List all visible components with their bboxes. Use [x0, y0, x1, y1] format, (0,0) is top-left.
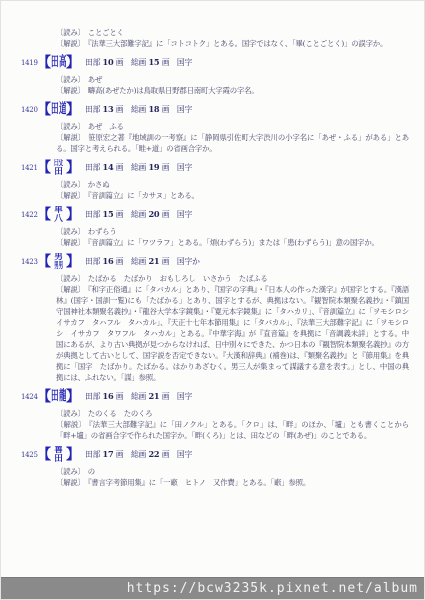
close-bracket: 】: [66, 159, 80, 177]
entry-header: 田部 10 画 総画 15 画 国字: [85, 57, 192, 68]
kaisetsu-label: 〔解説〕: [56, 238, 85, 247]
category-label: 国字: [177, 450, 192, 459]
dictionary-page: 〔読み〕ことごとく 〔解説〕『法華三大部難字記』に「コトコトク」とある。国字では…: [0, 0, 425, 600]
watermark-bar: https://bcw3235k.pixnet.net/album: [1, 577, 424, 599]
yomi-line: 〔読み〕あぜ: [56, 74, 409, 85]
yomi-text: かさぬ: [88, 180, 110, 189]
glyph-part: 田: [53, 54, 57, 71]
headword-glyph: 単八: [51, 206, 66, 223]
entry-header-row: 1420【田道】田部 13 画 総画 18 画 国字: [21, 100, 409, 119]
yomi-line: 〔読み〕たばかる たばかり おもしろし いさかう たばふる: [56, 273, 409, 284]
kaisetsu-text: 『法華三大部難字記』に「コトコトク」とある。国字ではなく、「畢(ことごとく)」の…: [88, 39, 387, 48]
category-label: 国字: [177, 105, 192, 114]
total-stroke-count: 19: [148, 162, 159, 172]
kaisetsu-text: 『音訓篇立』に「カサヌ」とある。: [88, 191, 199, 200]
entry-header-row: 1424【田龍】田部 16 画 総画 21 画 国字: [21, 387, 409, 406]
headword: 【田龍】: [37, 388, 80, 406]
entry-header-row: 1419【田高】田部 10 画 総画 15 画 国字: [21, 53, 409, 72]
yomi-text: あぜ ふる: [88, 122, 124, 131]
glyph-part: 八: [54, 215, 63, 223]
headword-glyph: 田龍: [51, 388, 66, 405]
entry: 1423【男男男】田部 16 画 総画 21 画 国字か〔読み〕たばかる たばか…: [21, 252, 409, 383]
entry-number: 1425: [21, 451, 37, 459]
stroke-unit: 画 総画: [113, 450, 148, 459]
glyph-part: 男男: [54, 262, 63, 270]
stroke-unit: 画: [159, 58, 176, 67]
stroke-unit: 画 総画: [113, 392, 148, 401]
headword: 【嘼田】: [37, 446, 80, 464]
open-bracket: 【: [37, 159, 51, 177]
glyph-part: 田: [53, 101, 57, 118]
yomi-line: 〔読み〕かさぬ: [56, 179, 409, 190]
close-bracket: 】: [66, 388, 80, 406]
total-stroke-count: 21: [148, 256, 159, 266]
yomi-label: 〔読み〕: [56, 274, 85, 283]
kaisetsu-line: 〔解説〕『和字正俗通』に「タバカル」とあり、『国字の字典』・『日本人の作った漢字…: [56, 284, 409, 383]
entry-header: 田部 16 画 総画 21 画 国字か: [85, 256, 200, 267]
radical-label: 田部: [85, 392, 102, 401]
kaisetsu-line: 〔解説〕疇高(あぜたか)は鳥取県日野郡日南町大字霞の字名。: [56, 85, 409, 96]
glyph-part: 道: [60, 101, 64, 118]
kaisetsu-text: 『書言字考節用集』に「一畞 ヒトノ 又作費」とある。「畞」参照。: [88, 478, 310, 487]
close-bracket: 】: [66, 253, 80, 271]
entry-header-row: 1421【臼殳田】田部 14 画 総画 19 画 国字: [21, 158, 409, 177]
kaisetsu-text: 『法華三大部難字記』に「田ノクル」とある。「クロ」は、「畔」のほか、「壚」とも書…: [56, 420, 409, 440]
radical-stroke-count: 16: [102, 256, 113, 266]
total-stroke-count: 22: [148, 449, 159, 459]
yomi-line: 〔読み〕の: [56, 466, 409, 477]
yomi-label: 〔読み〕: [56, 180, 85, 189]
open-bracket: 【: [37, 206, 51, 224]
yomi-label: 〔読み〕: [56, 227, 85, 236]
glyph-part: 臼殳: [54, 159, 63, 167]
entry: 1421【臼殳田】田部 14 画 総画 19 画 国字〔読み〕かさぬ〔解説〕『音…: [21, 158, 409, 201]
category-label: 国字: [177, 163, 192, 172]
category-label: 国字: [177, 210, 192, 219]
page-content: 〔読み〕ことごとく 〔解説〕『法華三大部難字記』に「コトコトク」とある。国字では…: [1, 1, 424, 488]
glyph-part: 田: [54, 168, 63, 176]
radical-stroke-count: 15: [102, 209, 113, 219]
kaisetsu-text: 『音訓篇立』に「ワツラフ」とある。「煩(わずらう)」または「患(わずらう)」意の…: [88, 238, 379, 247]
headword: 【臼殳田】: [37, 159, 80, 177]
entry: 1425【嘼田】田部 17 画 総画 22 画 国字〔読み〕の〔解説〕『書言字考…: [21, 445, 409, 488]
yomi-line: 〔読み〕たのくる たのくろ: [56, 408, 409, 419]
headword-glyph: 田高: [51, 54, 66, 71]
stroke-unit: 画 総画: [113, 58, 148, 67]
kaisetsu-line: 〔解説〕『書言字考節用集』に「一畞 ヒトノ 又作費」とある。「畞」参照。: [56, 477, 409, 488]
stroke-unit: 画: [159, 210, 176, 219]
yomi-label: 〔読み〕: [56, 467, 85, 476]
open-bracket: 【: [37, 253, 51, 271]
radical-label: 田部: [85, 163, 102, 172]
entry-number: 1421: [21, 164, 37, 172]
radical-label: 田部: [85, 450, 102, 459]
headword: 【田道】: [37, 101, 80, 119]
yomi-text: たばかる たばかり おもしろし いさかう たばふる: [88, 274, 268, 283]
entry-number: 1419: [21, 59, 37, 67]
radical-stroke-count: 13: [102, 104, 113, 114]
entry: 1424【田龍】田部 16 画 総画 21 画 国字〔読み〕たのくる たのくろ〔…: [21, 387, 409, 441]
yomi-text: たのくる たのくろ: [88, 409, 153, 418]
radical-stroke-count: 14: [102, 162, 113, 172]
total-stroke-count: 20: [148, 209, 159, 219]
entry-header: 田部 16 画 総画 21 画 国字: [85, 391, 192, 402]
kaisetsu-label: 〔解説〕: [56, 86, 85, 95]
category-label: 国字: [177, 58, 192, 67]
yomi-label: 〔読み〕: [56, 28, 85, 37]
glyph-part: 龍: [60, 388, 64, 405]
yomi-text: の: [88, 467, 95, 476]
previous-entry-tail: 〔読み〕ことごとく 〔解説〕『法華三大部難字記』に「コトコトク」とある。国字では…: [21, 27, 409, 49]
radical-label: 田部: [85, 58, 102, 67]
kaisetsu-text: 『和字正俗通』に「タバカル」とあり、『国字の字典』・『日本人の作った漢字』が国字…: [56, 285, 416, 382]
stroke-unit: 画 総画: [113, 257, 148, 266]
entry-header-row: 1423【男男男】田部 16 画 総画 21 画 国字か: [21, 252, 409, 271]
entry-list: 1419【田高】田部 10 画 総画 15 画 国字〔読み〕あぜ〔解説〕疇高(あ…: [21, 53, 409, 488]
glyph-part: 田: [54, 455, 63, 463]
headword: 【単八】: [37, 206, 80, 224]
radical-label: 田部: [85, 210, 102, 219]
headword: 【田高】: [37, 54, 80, 72]
entry-header: 田部 17 画 総画 22 画 国字: [85, 449, 192, 460]
open-bracket: 【: [37, 54, 51, 72]
kaisetsu-line: 〔解説〕『法華三大部難字記』に「田ノクル」とある。「クロ」は、「畔」のほか、「壚…: [56, 419, 409, 441]
entry-number: 1423: [21, 258, 37, 266]
total-stroke-count: 21: [148, 391, 159, 401]
stroke-unit: 画: [159, 257, 176, 266]
stroke-unit: 画: [159, 163, 176, 172]
close-bracket: 】: [66, 54, 80, 72]
open-bracket: 【: [37, 446, 51, 464]
stroke-unit: 画: [159, 105, 176, 114]
watermark-url: https://bcw3235k.pixnet.net/album: [127, 581, 418, 596]
yomi-text: ことごとく: [88, 28, 124, 37]
category-label: 国字: [177, 392, 192, 401]
kaisetsu-label: 〔解説〕: [56, 478, 85, 487]
stroke-unit: 画 総画: [113, 163, 148, 172]
total-stroke-count: 15: [148, 57, 159, 67]
category-label: 国字か: [177, 257, 200, 266]
stroke-unit: 画 総画: [113, 105, 148, 114]
kaisetsu-label: 〔解説〕: [56, 285, 85, 294]
stroke-unit: 画 総画: [113, 210, 148, 219]
radical-stroke-count: 17: [102, 449, 113, 459]
kaisetsu-line: 〔解説〕『音訓篇立』に「カサヌ」とある。: [56, 190, 409, 201]
close-bracket: 】: [66, 101, 80, 119]
entry-header-row: 1422【単八】田部 15 画 総画 20 画 国字: [21, 205, 409, 224]
kaisetsu-label: 〔解説〕: [56, 133, 85, 142]
entry-header-row: 1425【嘼田】田部 17 画 総画 22 画 国字: [21, 445, 409, 464]
kaisetsu-line: 〔解説〕『法華三大部難字記』に「コトコトク」とある。国字ではなく、「畢(ことごと…: [56, 38, 409, 49]
headword-glyph: 男男男: [51, 253, 66, 270]
entry-number: 1422: [21, 211, 37, 219]
kaisetsu-label: 〔解説〕: [56, 39, 85, 48]
headword: 【男男男】: [37, 253, 80, 271]
stroke-unit: 画: [159, 392, 176, 401]
yomi-line: 〔読み〕あぜ ふる: [56, 121, 409, 132]
kaisetsu-label: 〔解説〕: [56, 191, 85, 200]
kaisetsu-label: 〔解説〕: [56, 420, 86, 429]
glyph-part: 田: [53, 388, 57, 405]
open-bracket: 【: [37, 388, 51, 406]
entry: 1419【田高】田部 10 画 総画 15 画 国字〔読み〕あぜ〔解説〕疇高(あ…: [21, 53, 409, 96]
kaisetsu-text: 笹原宏之著『地域訓の一考察』に「静岡県引佐町大字渋川の小字名に「あぜ・ふる」があ…: [56, 133, 409, 153]
radical-label: 田部: [85, 257, 102, 266]
entry-number: 1424: [21, 393, 37, 401]
radical-stroke-count: 16: [102, 391, 113, 401]
headword-glyph: 嘼田: [51, 446, 66, 463]
entry: 1422【単八】田部 15 画 総画 20 画 国字〔読み〕わずらう〔解説〕『音…: [21, 205, 409, 248]
yomi-label: 〔読み〕: [56, 75, 85, 84]
radical-stroke-count: 10: [102, 57, 113, 67]
yomi-line: 〔読み〕わずらう: [56, 226, 409, 237]
entry-header: 田部 14 画 総画 19 画 国字: [85, 162, 192, 173]
kaisetsu-line: 〔解説〕笹原宏之著『地域訓の一考察』に「静岡県引佐町大字渋川の小字名に「あぜ・ふ…: [56, 132, 409, 154]
close-bracket: 】: [66, 206, 80, 224]
yomi-text: わずらう: [88, 227, 117, 236]
yomi-label: 〔読み〕: [56, 409, 85, 418]
yomi-line: 〔読み〕ことごとく: [56, 27, 409, 38]
open-bracket: 【: [37, 101, 51, 119]
kaisetsu-text: 疇高(あぜたか)は鳥取県日野郡日南町大字霞の字名。: [88, 86, 259, 95]
radical-label: 田部: [85, 105, 102, 114]
kaisetsu-line: 〔解説〕『音訓篇立』に「ワツラフ」とある。「煩(わずらう)」または「患(わずらう…: [56, 237, 409, 248]
total-stroke-count: 18: [148, 104, 159, 114]
entry-header: 田部 13 画 総画 18 画 国字: [85, 104, 192, 115]
headword-glyph: 田道: [51, 101, 66, 118]
entry-number: 1420: [21, 106, 37, 114]
close-bracket: 】: [66, 446, 80, 464]
headword-glyph: 臼殳田: [51, 159, 66, 176]
glyph-part: 高: [60, 54, 64, 71]
yomi-text: あぜ: [88, 75, 102, 84]
entry-header: 田部 15 画 総画 20 画 国字: [85, 209, 192, 220]
yomi-label: 〔読み〕: [56, 122, 85, 131]
stroke-unit: 画: [159, 450, 176, 459]
entry: 1420【田道】田部 13 画 総画 18 画 国字〔読み〕あぜ ふる〔解説〕笹…: [21, 100, 409, 154]
